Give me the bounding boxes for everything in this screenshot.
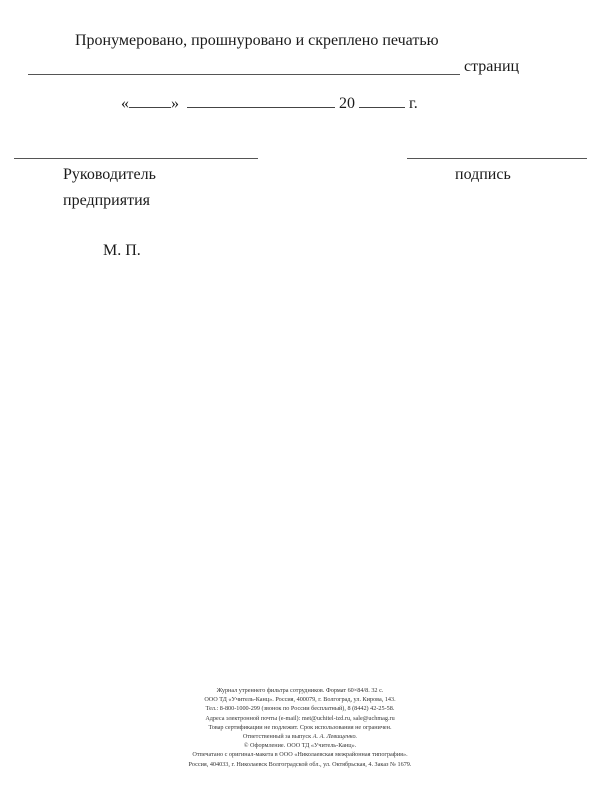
role-signature-line <box>14 158 258 159</box>
imprint-responsible: Ответственный за выпуск А. А. Левищенко. <box>0 732 600 741</box>
role-line1: Руководитель <box>63 166 156 184</box>
imprint-line: Журнал утреннего фильтра сотрудников. Фо… <box>0 686 600 695</box>
imprint-line: ООО ТД «Учитель-Канц». Россия, 400079, г… <box>0 695 600 704</box>
date-close-quote: » <box>171 95 179 112</box>
responsible-prefix: Ответственный за выпуск <box>243 733 311 740</box>
date-open-quote: « <box>121 95 129 112</box>
stamp-label: М. П. <box>103 242 141 260</box>
pages-suffix: страниц <box>464 58 519 76</box>
month-blank <box>187 93 335 108</box>
year-blank <box>359 93 405 108</box>
imprint-line: Россия, 404033, г. Николаевск Волгоградс… <box>0 760 600 769</box>
imprint-line: © Оформление. ООО ТД «Учитель-Канц». <box>0 741 600 750</box>
responsible-name: А. А. Левищенко. <box>313 733 357 740</box>
year-prefix: 20 <box>339 95 355 112</box>
imprint-footer: Журнал утреннего фильтра сотрудников. Фо… <box>0 686 600 769</box>
date-line: «» 20 г. <box>121 93 418 113</box>
certification-heading: Пронумеровано, прошнуровано и скреплено … <box>75 32 439 50</box>
pages-count-blank <box>28 74 460 75</box>
imprint-line: Адреса электронной почты (e-mail): met@u… <box>0 714 600 723</box>
signature-label: подпись <box>455 166 511 184</box>
year-suffix: г. <box>409 95 418 112</box>
role-line2: предприятия <box>63 192 150 210</box>
imprint-line: Товар сертификации не подлежит. Срок исп… <box>0 723 600 732</box>
signature-line <box>407 158 587 159</box>
imprint-line: Тел.: 8-800-1000-299 (звонок по России б… <box>0 704 600 713</box>
imprint-line: Отпечатано с оригинал-макета в ООО «Нико… <box>0 750 600 759</box>
day-blank <box>129 93 171 108</box>
